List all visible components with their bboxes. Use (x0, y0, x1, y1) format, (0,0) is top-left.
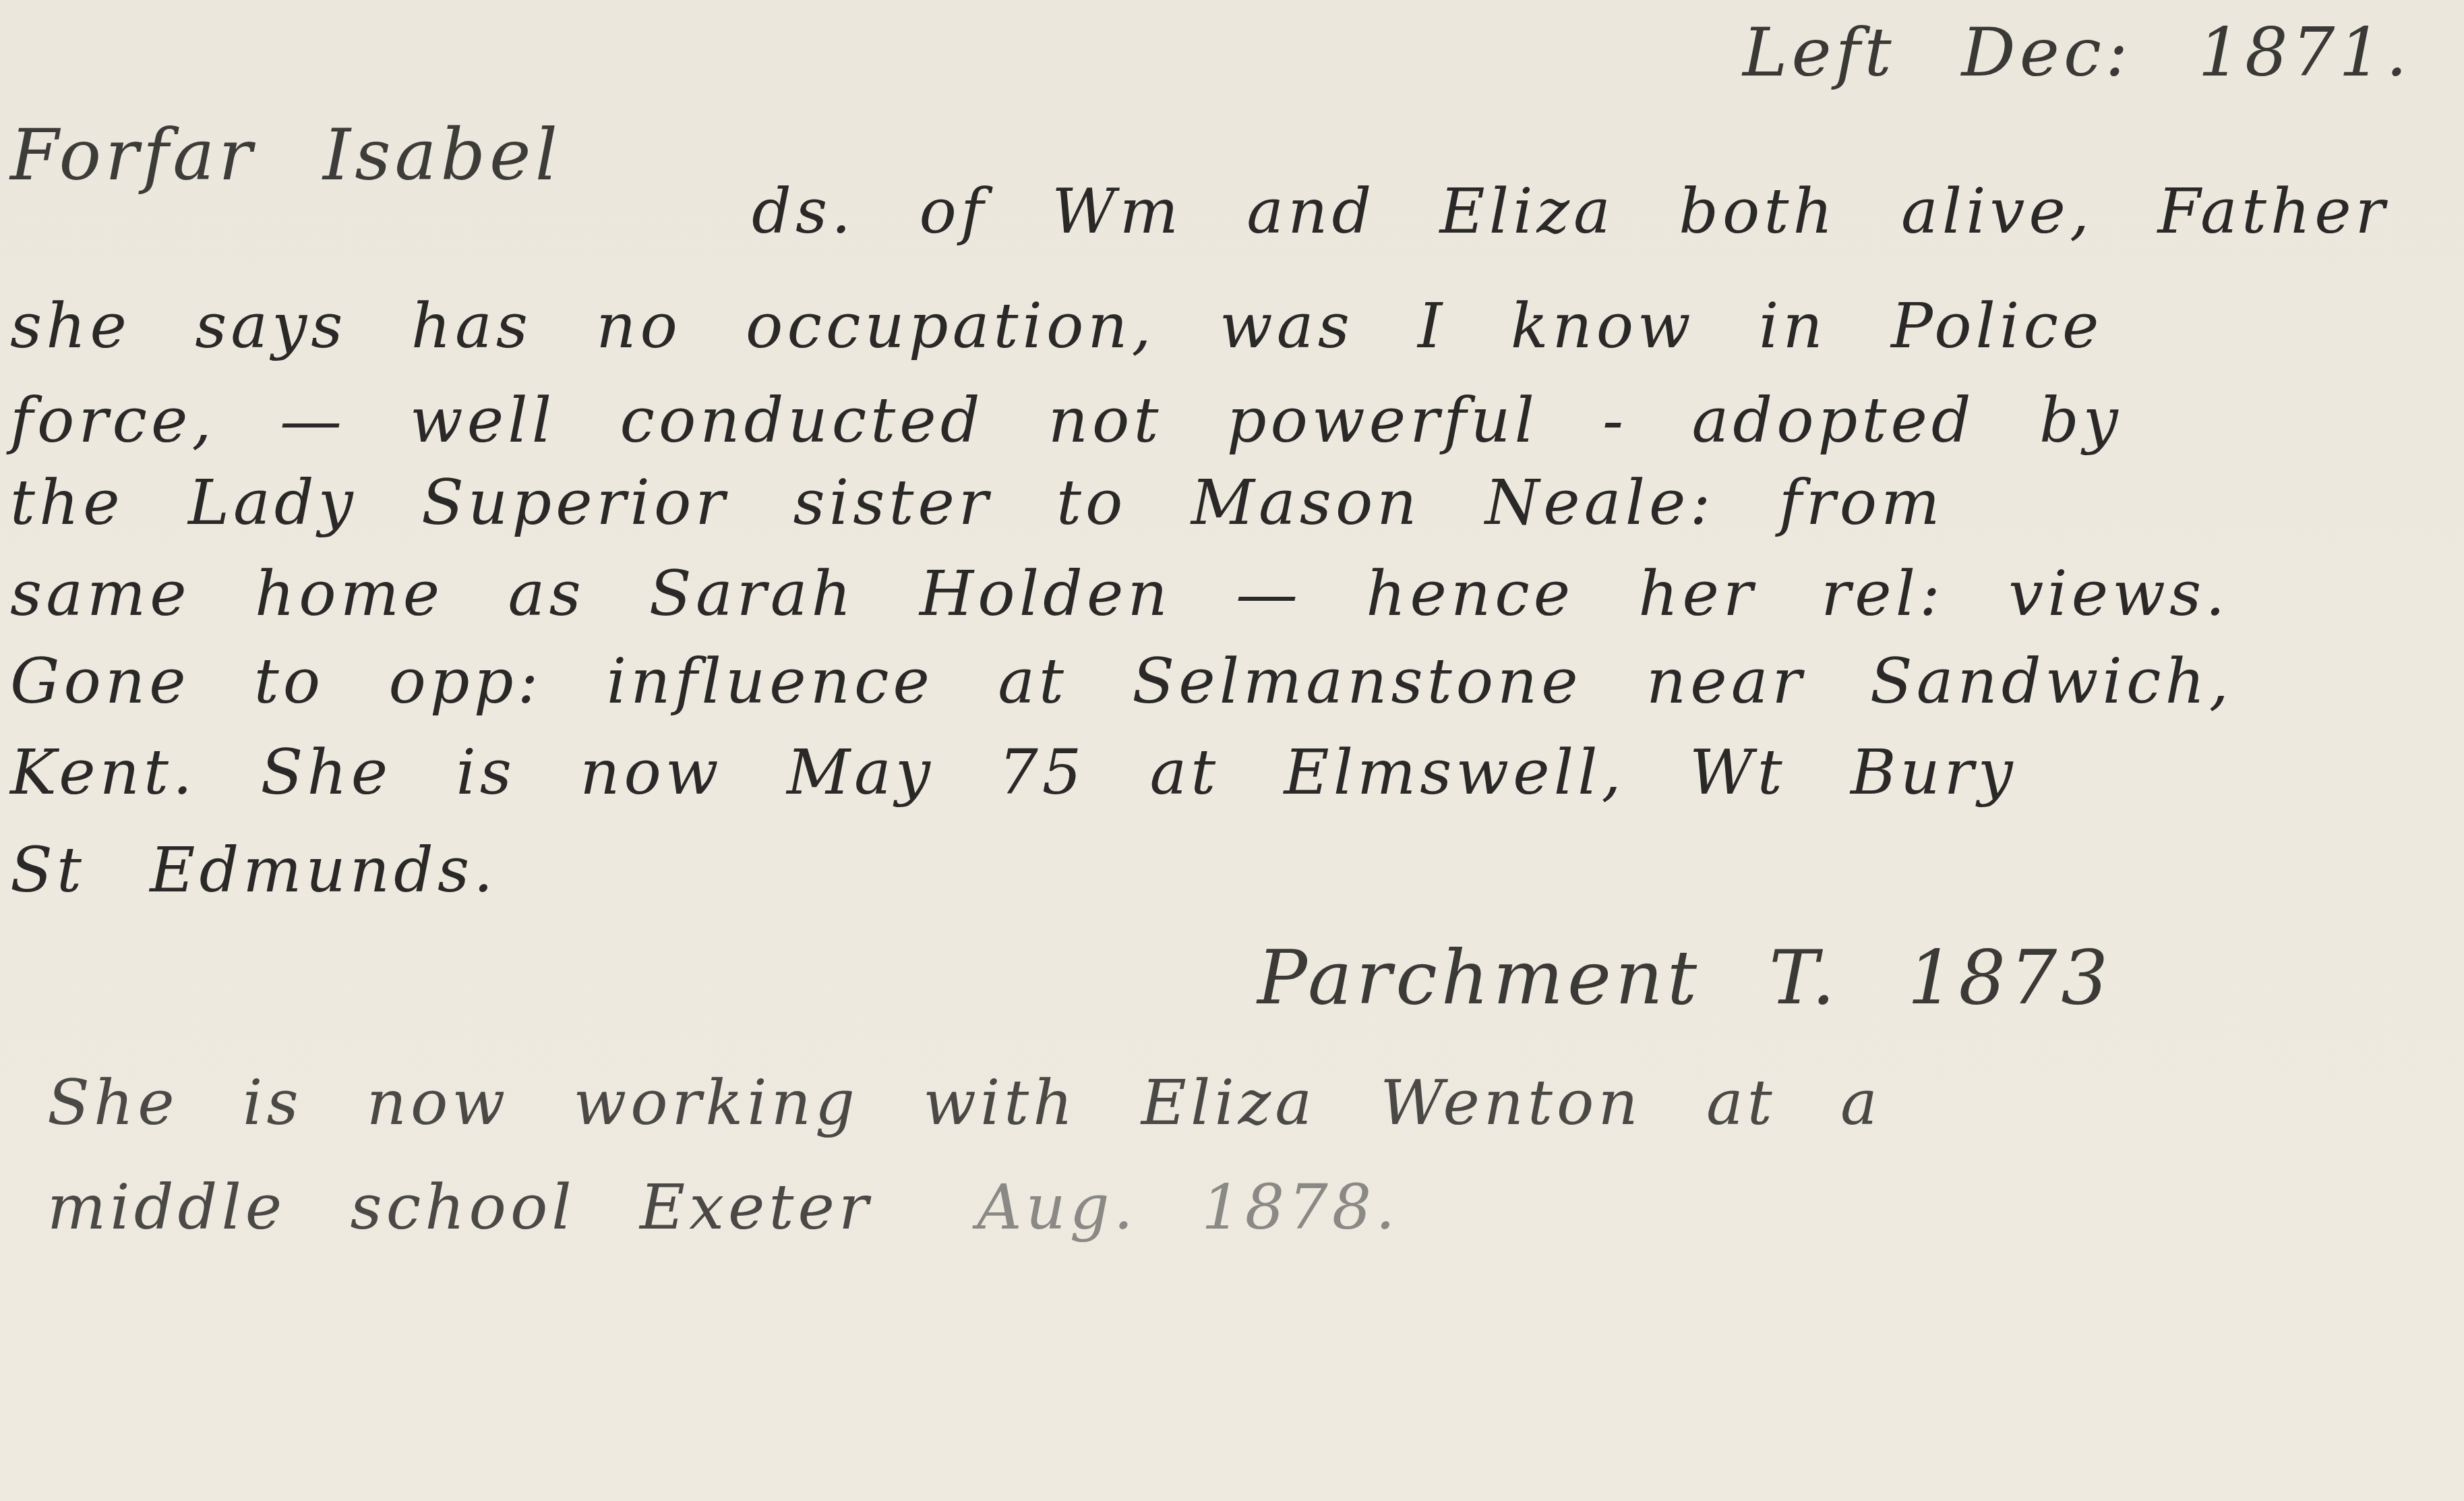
manuscript-page: Left Dec: 1871. Forfar Isabel ds. of Wm … (0, 0, 2464, 1501)
body-line-7: Kent. She is now May 75 at Elmswell, Wt … (10, 742, 2017, 804)
student-name: Forfar Isabel (10, 120, 562, 190)
body-line-8: St Edmunds. (10, 840, 497, 902)
later-note-line-2: middle school Exeter Aug. 1878. (47, 1177, 1400, 1239)
body-line-3: force, — well conducted not powerful - a… (10, 390, 2122, 452)
body-line-1: ds. of Wm and Eliza both alive, Father (752, 181, 2389, 243)
body-line-5: same home as Sarah Holden — hence her re… (10, 563, 2229, 625)
body-line-6: Gone to opp: influence at Selmanstone ne… (10, 651, 2233, 713)
body-line-2: she says has no occupation, was I know i… (10, 295, 2103, 357)
body-line-4: the Lady Superior sister to Mason Neale:… (10, 472, 1944, 534)
later-note-main-text: middle school Exeter (47, 1171, 872, 1243)
departure-note: Left Dec: 1871. (1743, 19, 2411, 86)
later-note-line-1: She is now working with Eliza Wenton at … (47, 1072, 1882, 1134)
parchment-note: Parchment T. 1873 (1257, 941, 2112, 1015)
later-note-date: Aug. 1878. (977, 1171, 1399, 1243)
